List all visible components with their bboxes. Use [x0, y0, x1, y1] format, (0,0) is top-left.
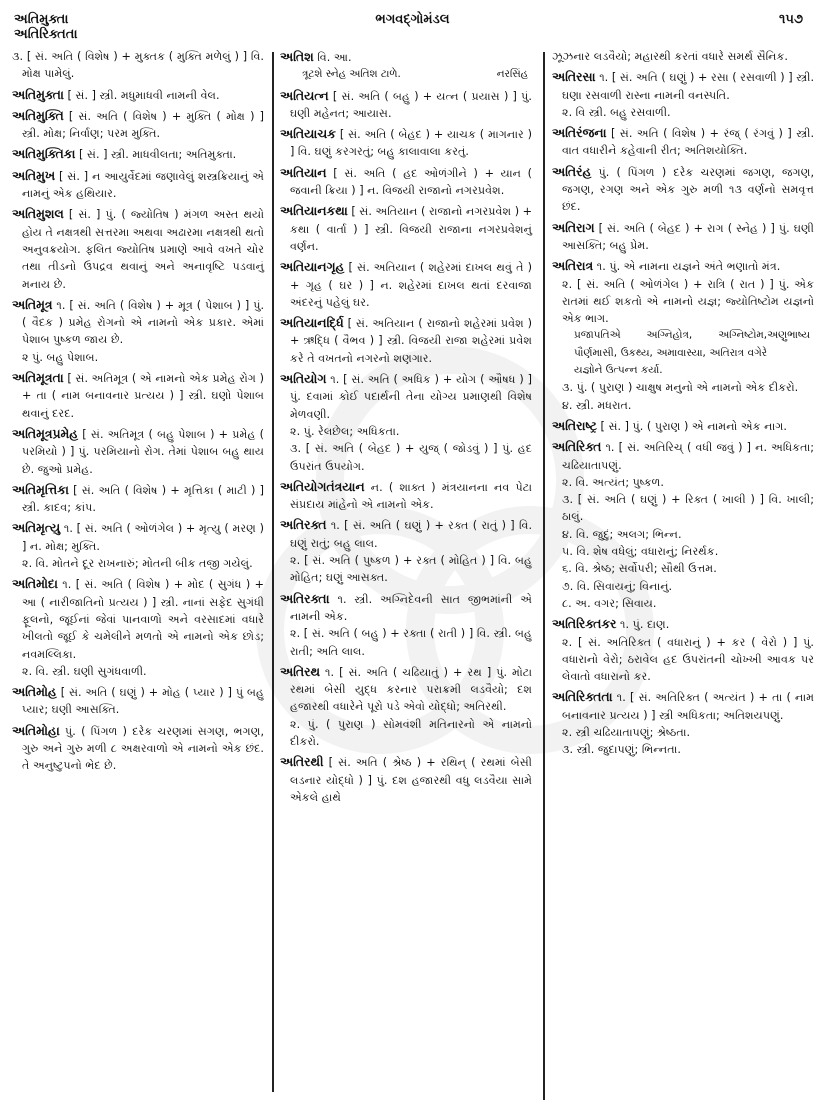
- dictionary-entry: અતિરક્તા ૧. સ્ત્રી. અગ્નિદેવની સાત જીભમા…: [280, 590, 532, 660]
- entry-definition-line: અતિમૂત્રપ્રમેહ [ સં. અતિમૂત્ર ( બહુ પેશા…: [12, 425, 264, 478]
- entry-headword: અતિમોહા: [12, 723, 60, 738]
- entry-definition-text: ૨. [ સં. અતિ ( બહુ ) + રક્તા ( રાતી ) ] …: [290, 627, 532, 657]
- dictionary-entry: અતિમૂત્રતા [ સં. અતિમૂત્ર ( એ નામનો એક પ…: [12, 369, 264, 422]
- entry-definition-text: ઝૂઝનાર લડવૈયો; મહારથી કરતાં વધારે સમર્થ …: [552, 50, 788, 63]
- entry-headword: અતિમોહ: [12, 684, 57, 699]
- entry-definition-text: ૧. પું. એ નામના યજ્ઞને અંતે ભણાતો મંત્ર.: [597, 260, 781, 273]
- entry-definition-text: ૧. [ સં. અતિ ( ચઢિયાતું ) + રથ ] પું. મો…: [290, 666, 532, 714]
- dictionary-entry: ઝૂઝનાર લડવૈયો; મહારથી કરતાં વધારે સમર્થ …: [552, 48, 814, 65]
- entry-definition-line: અતિરથ ૧. [ સં. અતિ ( ચઢિયાતું ) + રથ ] પ…: [280, 663, 532, 716]
- entry-definition-line: અતિયત્ન [ સં. અતિ ( બહુ ) + યત્ન ( પ્રયા…: [280, 87, 532, 123]
- entry-definition-text: ૨. વિ. સ્ત્રી. ઘણી સુગંધવાળી.: [22, 665, 147, 678]
- entry-definition-line: ૨. [ સં. અતિ ( ઓળંગેલ ) + રાત્રિ ( રાત )…: [552, 276, 814, 328]
- entry-definition-text: ૨ પું. બહુ પેશાબ.: [22, 351, 98, 364]
- entry-definition-text: ૩. [ સં. અતિ ( વિશેષ ) + મુક્તક ( મુક્તિ…: [12, 50, 264, 80]
- entry-headword: અતિરિક્તતા: [552, 689, 613, 704]
- entry-quotation: ત્રૂટશે સ્નેહ અતિશ ટાળે.નરસિંહ: [280, 66, 532, 83]
- entry-definition-line: ૭. વિ. સિવાયનું; વિનાનું.: [552, 578, 814, 595]
- entry-definition-line: અતિરિક્તકર ૧. પું. દાણ.: [552, 615, 814, 633]
- entry-definition-line: અતિરાષ્ટ્ર [ સં. ] પું. ( પુરાણ ) એ નામન…: [552, 417, 814, 435]
- dictionary-entry: અતિરાત્ર ૧. પું. એ નામના યજ્ઞને અંતે ભણા…: [552, 257, 814, 414]
- entry-definition-text: ૩. સ્ત્રી. જુદાપણું; ભિન્નતા.: [562, 743, 681, 756]
- dictionary-entry: અતિયાનગૃહ [ સં. અતિયાન ( શહેરમાં દાખલ થવ…: [280, 258, 532, 311]
- entry-definition-text: ૨. પું. રેલછેલ; અધિકતા.: [290, 425, 399, 438]
- column-1: ૩. [ સં. અતિ ( વિશેષ ) + મુક્તક ( મુક્તિ…: [12, 48, 270, 1100]
- entry-definition-line: ૩. [ સં. અતિ ( બેહદ ) + યુજ્ ( જોડવું ) …: [280, 440, 532, 475]
- entry-definition-line: અતિમૂત્રતા [ સં. અતિમૂત્ર ( એ નામનો એક પ…: [12, 369, 264, 422]
- running-title: ભગવદ્ગોમંડલ: [0, 12, 825, 27]
- entry-headword: અતિમોદા: [12, 576, 58, 591]
- entry-definition-line: ૨. [ સં. અતિરિક્ત ( વધારાનું ) + કર ( વે…: [552, 634, 814, 686]
- entry-definition-line: ૩. પું. ( પુરાણ ) ચાક્ષુષ મનુનો એ નામનો …: [552, 379, 814, 396]
- entry-definition-text: [ સં. ] પું. ( પુરાણ ) એ નામનો એક નાગ.: [601, 420, 787, 433]
- entry-definition-text: ૧. [ સં. અતિ ( અધિક ) + યોગ ( ઔષધ ) ] પુ…: [290, 373, 532, 421]
- entry-definition-line: અતિમુખ [ સં. ] ન આયુર્વેદમાં જણાવેલું શસ…: [12, 167, 264, 203]
- entry-definition-line: ૨ પું. બહુ પેશાબ.: [12, 349, 264, 366]
- dictionary-entry: અતિરાષ્ટ્ર [ સં. ] પું. ( પુરાણ ) એ નામન…: [552, 417, 814, 435]
- entry-definition-line: અતિયોગતંત્રયાન ન. ( શાક્ત ) મંત્રયાનના ન…: [280, 478, 532, 514]
- entry-definition-line: અતિમુક્તિકા [ સં. ] સ્ત્રી. માધવીલતા; અત…: [12, 145, 264, 163]
- entry-definition-line: અતિરિક્ત ૧. [ સં. અતિરિચ્ ( વધી જવું ) ]…: [552, 438, 814, 474]
- entry-headword: અતિમુક્તિકા: [12, 146, 75, 161]
- entry-definition-text: ૧. [ સં. અતિ ( ઘણું ) + રક્ત ( રાતું ) ]…: [290, 519, 532, 549]
- dictionary-entry: અતિમૃત્યુ ૧. [ સં. અતિ ( ઓળંગેલ ) + મૃત્…: [12, 519, 264, 572]
- column-divider: [272, 52, 274, 1092]
- entry-definition-text: ૭. વિ. સિવાયનું; વિનાનું.: [562, 580, 672, 593]
- entry-definition-line: અતિરક્તા ૧. સ્ત્રી. અગ્નિદેવની સાત જીભમા…: [280, 590, 532, 626]
- entry-headword: અતિયાનગૃહ: [280, 259, 344, 274]
- entry-headword: અતિરથ: [280, 664, 320, 679]
- entry-definition-text: વિ. આ.: [317, 51, 351, 64]
- entry-headword: અતિયાનકથા: [280, 203, 348, 218]
- entry-definition-text: ૧. [ સં. અતિ ( વિશેષ ) + મૂત્ર ( પેશાબ )…: [22, 299, 264, 347]
- entry-definition-text: પું. ( પિંગળ ) દરેક ચરણમાં જગણ, જગણ, જગણ…: [562, 166, 814, 214]
- entry-definition-line: અતિમોહા પું. ( પિંગળ ) દરેક ચરણમાં સગણ, …: [12, 722, 264, 775]
- dictionary-entry: અતિમોહ [ સં. અતિ ( ઘણું ) + મોહ ( પ્યાર …: [12, 683, 264, 719]
- entry-definition-text: ૫. વિ. શેષ વધેલું; વધારાનું; નિરર્થક.: [562, 545, 718, 558]
- dictionary-entry: અતિરથી [ સં. અતિ ( શ્રેષ્ઠ ) + રથિન્ ( ર…: [280, 753, 532, 806]
- entry-definition-line: અતિમૃત્તિકા [ સં. અતિ ( વિશેષ ) + મૃત્તિ…: [12, 481, 264, 517]
- entry-definition-text: ૩. [ સં. અતિ ( ઘણું ) + રિક્ત ( ખાલી ) ]…: [562, 493, 814, 523]
- entry-definition-line: અતિરાત્ર ૧. પું. એ નામના યજ્ઞને અંતે ભણા…: [552, 257, 814, 275]
- dictionary-entry: અતિયત્ન [ સં. અતિ ( બહુ ) + યત્ન ( પ્રયા…: [280, 87, 532, 123]
- quotation-source: અણુભાષ્ય: [767, 327, 814, 379]
- entry-headword: અતિયાચક: [280, 126, 336, 141]
- dictionary-entry: અતિયાનકથા [ સં. અતિયાન ( રાજાનો નગરપ્રવે…: [280, 202, 532, 255]
- entry-headword: અતિમુશલ: [12, 206, 64, 221]
- entry-definition-text: ૩. [ સં. અતિ ( બેહદ ) + યુજ્ ( જોડવું ) …: [290, 442, 532, 472]
- entry-headword: અતિયાનર્દ્ધિ: [280, 315, 344, 330]
- entry-headword: અતિરક્ત: [280, 517, 327, 532]
- dictionary-entry: અતિરથ ૧. [ સં. અતિ ( ચઢિયાતું ) + રથ ] પ…: [280, 663, 532, 750]
- dictionary-entry: અતિમુક્તા [ સં. ] સ્ત્રી. મધુમાધવી નામની…: [12, 86, 264, 104]
- entry-definition-line: અતિરંહ પું. ( પિંગળ ) દરેક ચરણમાં જગણ, જ…: [552, 163, 814, 216]
- entry-definition-text: ૨. પું. ( પુરાણ ) સોમવંશી મતિનારનો એ નામ…: [290, 718, 532, 748]
- entry-definition-line: અતિયાનગૃહ [ સં. અતિયાન ( શહેરમાં દાખલ થવ…: [280, 258, 532, 311]
- dictionary-entry: અતિરિક્તતા ૧. [ સં. અતિરિક્ત ( અત્યંત ) …: [552, 688, 814, 758]
- entry-definition-line: ૨. પું. ( પુરાણ ) સોમવંશી મતિનારનો એ નામ…: [280, 716, 532, 751]
- entry-quotation: પ્રજાપતિએ અગ્નિહોત્ર, અગ્નિષ્ટોમ, પૌર્ણમ…: [552, 327, 814, 379]
- dictionary-entry: અતિરસા ૧. [ સં. અતિ ( ઘણું ) + રસા ( રસવ…: [552, 68, 814, 121]
- entry-headword: અતિમુક્તા: [12, 87, 64, 102]
- column-divider: [543, 52, 545, 1100]
- column-3: ઝૂઝનાર લડવૈયો; મહારથી કરતાં વધારે સમર્થ …: [552, 48, 814, 1100]
- entry-definition-line: અતિરાગ [ સં. અતિ ( બેહદ ) + રાગ ( સ્નેહ …: [552, 219, 814, 255]
- entry-definition-text: [ સં. ] સ્ત્રી. મધુમાધવી નામની વેલ.: [67, 89, 219, 102]
- entry-definition-line: ૨. પું. રેલછેલ; અધિકતા.: [280, 423, 532, 440]
- dictionary-entry: અતિરક્ત ૧. [ સં. અતિ ( ઘણું ) + રક્ત ( ર…: [280, 516, 532, 586]
- entry-definition-line: ૨. વિ. સ્ત્રી. ઘણી સુગંધવાળી.: [12, 663, 264, 680]
- dictionary-entry: અતિમોદા ૧. [ સં. અતિ ( વિશેષ ) + મોદ ( સ…: [12, 575, 264, 680]
- entry-definition-line: ૮. અ. વગર; સિવાય.: [552, 595, 814, 612]
- entry-definition-line: અતિરિક્તતા ૧. [ સં. અતિરિક્ત ( અત્યંત ) …: [552, 688, 814, 724]
- entry-definition-text: [ સં. અતિ ( હદ ઓળંગીને ) + યાન ( જવાની ક…: [290, 167, 532, 197]
- entry-definition-line: ૨. [ સં. અતિ ( પુષ્કળ ) + રક્ત ( મોહિત )…: [280, 552, 532, 587]
- entry-definition-line: અતિયાચક [ સં. અતિ ( બેહદ ) + યાચક ( માગન…: [280, 125, 532, 161]
- entry-definition-text: ૨. [ સં. અતિ ( પુષ્કળ ) + રક્ત ( મોહિત )…: [290, 554, 532, 584]
- entry-definition-text: ૮. અ. વગર; સિવાય.: [562, 597, 656, 610]
- column-2: અતિશ વિ. આ.ત્રૂટશે સ્નેહ અતિશ ટાળે.નરસિં…: [280, 48, 538, 1100]
- dictionary-entry: અતિમૂત્ર ૧. [ સં. અતિ ( વિશેષ ) + મૂત્ર …: [12, 296, 264, 366]
- entry-definition-line: અતિયોગ ૧. [ સં. અતિ ( અધિક ) + યોગ ( ઔષધ…: [280, 370, 532, 423]
- entry-headword: અતિશ: [280, 49, 314, 64]
- dictionary-entry: અતિમુક્તિ [ સં. અતિ ( વિશેષ ) + મુક્તિ (…: [12, 107, 264, 143]
- quotation-text: પ્રજાપતિએ અગ્નિહોત્ર, અગ્નિષ્ટોમ, પૌર્ણમ…: [574, 327, 767, 379]
- dictionary-entry: અતિયોગતંત્રયાન ન. ( શાક્ત ) મંત્રયાનના ન…: [280, 478, 532, 514]
- entry-definition-line: અતિમૂત્ર ૧. [ સં. અતિ ( વિશેષ ) + મૂત્ર …: [12, 296, 264, 349]
- entry-headword: અતિયત્ન: [280, 88, 329, 103]
- dictionary-entry: અતિમૃત્તિકા [ સં. અતિ ( વિશેષ ) + મૃત્તિ…: [12, 481, 264, 517]
- dictionary-entry: અતિયાન [ સં. અતિ ( હદ ઓળંગીને ) + યાન ( …: [280, 164, 532, 200]
- entry-headword: અતિરસા: [552, 69, 596, 84]
- entry-headword: અતિરિક્ત: [552, 439, 601, 454]
- dictionary-entry: અતિરિક્તકર ૧. પું. દાણ.૨. [ સં. અતિરિક્ત…: [552, 615, 814, 685]
- page-header: અતિમુક્તા અતિરિક્તતા ભગવદ્ગોમંડલ ૧૫૭: [0, 0, 825, 50]
- entry-headword: અતિરંજના: [552, 125, 606, 140]
- dictionary-entry: અતિમુક્તિકા [ સં. ] સ્ત્રી. માધવીલતા; અત…: [12, 145, 264, 163]
- dictionary-entry: ૩. [ સં. અતિ ( વિશેષ ) + મુક્તક ( મુક્તિ…: [12, 48, 264, 83]
- entry-definition-text: ૨. વિ. મોતને દૂર રાખનારું; મોતની બીક તજી…: [22, 557, 253, 570]
- entry-definition-line: ૨. વિ સ્ત્રી. બહુ રસવાળી.: [552, 104, 814, 121]
- dictionary-entry: અતિયાનર્દ્ધિ [ સં. અતિયાન ( રાજાનો શહેરમ…: [280, 314, 532, 367]
- entry-definition-text: ૬. વિ. શ્રેષ્ઠ; સર્વોપરી; સૌથી ઉત્તમ.: [562, 562, 717, 575]
- entry-definition-text: ૨. [ સં. અતિરિક્ત ( વધારાનું ) + કર ( વે…: [562, 636, 814, 684]
- entry-headword: અતિરંહ: [552, 164, 591, 179]
- entry-headword: અતિમૂત્રતા: [12, 370, 64, 385]
- dictionary-columns: ૩. [ સં. અતિ ( વિશેષ ) + મુક્તક ( મુક્તિ…: [0, 48, 825, 1108]
- quotation-source: નરસિંહ: [497, 66, 532, 83]
- entry-definition-line: અતિમોદા ૧. [ સં. અતિ ( વિશેષ ) + મોદ ( સ…: [12, 575, 264, 662]
- dictionary-entry: અતિમુખ [ સં. ] ન આયુર્વેદમાં જણાવેલું શસ…: [12, 167, 264, 203]
- guide-word-last: અતિરિક્તતા: [14, 27, 78, 42]
- entry-definition-line: ૩. [ સં. અતિ ( વિશેષ ) + મુક્તક ( મુક્તિ…: [12, 48, 264, 83]
- entry-definition-line: અતિશ વિ. આ.: [280, 48, 532, 66]
- entry-definition-line: અતિરક્ત ૧. [ સં. અતિ ( ઘણું ) + રક્ત ( ર…: [280, 516, 532, 552]
- entry-headword: અતિમૃત્તિકા: [12, 482, 69, 497]
- entry-definition-text: [ સં. ] સ્ત્રી. માધવીલતા; અતિમુક્તા.: [79, 148, 236, 161]
- entry-definition-text: ૨. સ્ત્રી ચઢિયાતાપણું; શ્રેષ્ઠતા.: [562, 726, 690, 739]
- entry-headword: અતિરિક્તકર: [552, 616, 616, 631]
- quotation-text: ત્રૂટશે સ્નેહ અતિશ ટાળે.: [302, 66, 401, 83]
- entry-headword: અતિમુખ: [12, 168, 55, 183]
- entry-definition-line: ૨. [ સં. અતિ ( બહુ ) + રક્તા ( રાતી ) ] …: [280, 625, 532, 660]
- dictionary-entry: અતિયાચક [ સં. અતિ ( બેહદ ) + યાચક ( માગન…: [280, 125, 532, 161]
- entry-definition-line: અતિમુક્તિ [ સં. અતિ ( વિશેષ ) + મુક્તિ (…: [12, 107, 264, 143]
- dictionary-entry: અતિમૂત્રપ્રમેહ [ સં. અતિમૂત્ર ( બહુ પેશા…: [12, 425, 264, 478]
- entry-definition-line: અતિરંજના [ સં. અતિ ( વિશેષ ) + રંજ્ ( રં…: [552, 124, 814, 160]
- entry-definition-line: અતિમુશલ [ સં. ] પું. ( જ્યોતિષ ) મંગળ અસ…: [12, 205, 264, 292]
- entry-definition-line: અતિમુક્તા [ સં. ] સ્ત્રી. મધુમાધવી નામની…: [12, 86, 264, 104]
- entry-definition-line: ૩. [ સં. અતિ ( ઘણું ) + રિક્ત ( ખાલી ) ]…: [552, 491, 814, 526]
- entry-definition-line: અતિરથી [ સં. અતિ ( શ્રેષ્ઠ ) + રથિન્ ( ર…: [280, 753, 532, 806]
- entry-definition-line: ૨. સ્ત્રી ચઢિયાતાપણું; શ્રેષ્ઠતા.: [552, 724, 814, 741]
- entry-headword: અતિરાગ: [552, 220, 595, 235]
- entry-headword: અતિયોગતંત્રયાન: [280, 479, 365, 494]
- entry-definition-text: ૧. [ સં. અતિ ( વિશેષ ) + મોદ ( સુગંધ ) +…: [22, 578, 264, 660]
- page-number: ૧૫૭: [779, 12, 803, 27]
- entry-definition-text: ૨. [ સં. અતિ ( ઓળંગેલ ) + રાત્રિ ( રાત )…: [562, 278, 814, 326]
- dictionary-entry: અતિમોહા પું. ( પિંગળ ) દરેક ચરણમાં સગણ, …: [12, 722, 264, 775]
- dictionary-entry: અતિરિક્ત ૧. [ સં. અતિરિચ્ ( વધી જવું ) ]…: [552, 438, 814, 612]
- entry-headword: અતિરાષ્ટ્ર: [552, 418, 597, 433]
- entry-definition-line: ૬. વિ. શ્રેષ્ઠ; સર્વોપરી; સૌથી ઉત્તમ.: [552, 560, 814, 577]
- dictionary-entry: અતિરંહ પું. ( પિંગળ ) દરેક ચરણમાં જગણ, જ…: [552, 163, 814, 216]
- dictionary-entry: અતિયોગ ૧. [ સં. અતિ ( અધિક ) + યોગ ( ઔષધ…: [280, 370, 532, 475]
- entry-definition-line: અતિયાનર્દ્ધિ [ સં. અતિયાન ( રાજાનો શહેરમ…: [280, 314, 532, 367]
- entry-definition-line: ૨. વિ. મોતને દૂર રાખનારું; મોતની બીક તજી…: [12, 555, 264, 572]
- entry-definition-text: [ સં. ] ન આયુર્વેદમાં જણાવેલું શસ્ત્રક્ર…: [22, 170, 264, 200]
- entry-definition-line: ૫. વિ. શેષ વધેલું; વધારાનું; નિરર્થક.: [552, 543, 814, 560]
- dictionary-entry: અતિમુશલ [ સં. ] પું. ( જ્યોતિષ ) મંગળ અસ…: [12, 205, 264, 292]
- entry-definition-line: ૩. સ્ત્રી. જુદાપણું; ભિન્નતા.: [552, 741, 814, 758]
- entry-definition-text: ૨. વિ સ્ત્રી. બહુ રસવાળી.: [562, 106, 671, 119]
- entry-definition-text: ૨. વિ. અત્યંત; પુષ્કળ.: [562, 476, 664, 489]
- entry-headword: અતિયોગ: [280, 371, 326, 386]
- entry-headword: અતિરાત્ર: [552, 258, 593, 273]
- entry-definition-line: અતિરસા ૧. [ સં. અતિ ( ઘણું ) + રસા ( રસવ…: [552, 68, 814, 104]
- entry-definition-line: ૪. સ્ત્રી. મધરાત.: [552, 397, 814, 414]
- entry-headword: અતિમૃત્યુ: [12, 520, 60, 535]
- dictionary-entry: અતિરંજના [ સં. અતિ ( વિશેષ ) + રંજ્ ( રં…: [552, 124, 814, 160]
- entry-definition-line: ૪. વિ. જુદું; અલગ; ભિન્ન.: [552, 526, 814, 543]
- entry-definition-text: ૪. વિ. જુદું; અલગ; ભિન્ન.: [562, 528, 682, 541]
- entry-headword: અતિરથી: [280, 754, 324, 769]
- entry-definition-line: ૨. વિ. અત્યંત; પુષ્કળ.: [552, 474, 814, 491]
- entry-definition-line: અતિમૃત્યુ ૧. [ સં. અતિ ( ઓળંગેલ ) + મૃત્…: [12, 519, 264, 555]
- entry-definition-line: ઝૂઝનાર લડવૈયો; મહારથી કરતાં વધારે સમર્થ …: [552, 48, 814, 65]
- entry-headword: અતિરક્તા: [280, 591, 330, 606]
- entry-definition-text: ૧. [ સં. અતિ ( ઘણું ) + રસા ( રસવાળી ) ]…: [562, 71, 814, 101]
- entry-definition-line: અતિમોહ [ સં. અતિ ( ઘણું ) + મોહ ( પ્યાર …: [12, 683, 264, 719]
- entry-headword: અતિમૂત્ર: [12, 297, 52, 312]
- entry-definition-text: [ સં. અતિ ( ઘણું ) + મોહ ( પ્યાર ) ] પું…: [22, 686, 264, 716]
- dictionary-entry: અતિશ વિ. આ.ત્રૂટશે સ્નેહ અતિશ ટાળે.નરસિં…: [280, 48, 532, 84]
- entry-definition-line: અતિયાનકથા [ સં. અતિયાન ( રાજાનો નગરપ્રવે…: [280, 202, 532, 255]
- entry-headword: અતિમૂત્રપ્રમેહ: [12, 426, 78, 441]
- entry-definition-text: [ સં. અતિ ( શ્રેષ્ઠ ) + રથિન્ ( રથમાં બે…: [290, 756, 532, 804]
- dictionary-entry: અતિરાગ [ સં. અતિ ( બેહદ ) + રાગ ( સ્નેહ …: [552, 219, 814, 255]
- entry-definition-text: [ સં. અતિ ( બેહદ ) + રાગ ( સ્નેહ ) ] પું…: [562, 222, 814, 252]
- entry-headword: અતિમુક્તિ: [12, 108, 64, 123]
- entry-definition-text: ૧. પું. દાણ.: [620, 618, 669, 631]
- entry-definition-line: અતિયાન [ સં. અતિ ( હદ ઓળંગીને ) + યાન ( …: [280, 164, 532, 200]
- entry-headword: અતિયાન: [280, 165, 327, 180]
